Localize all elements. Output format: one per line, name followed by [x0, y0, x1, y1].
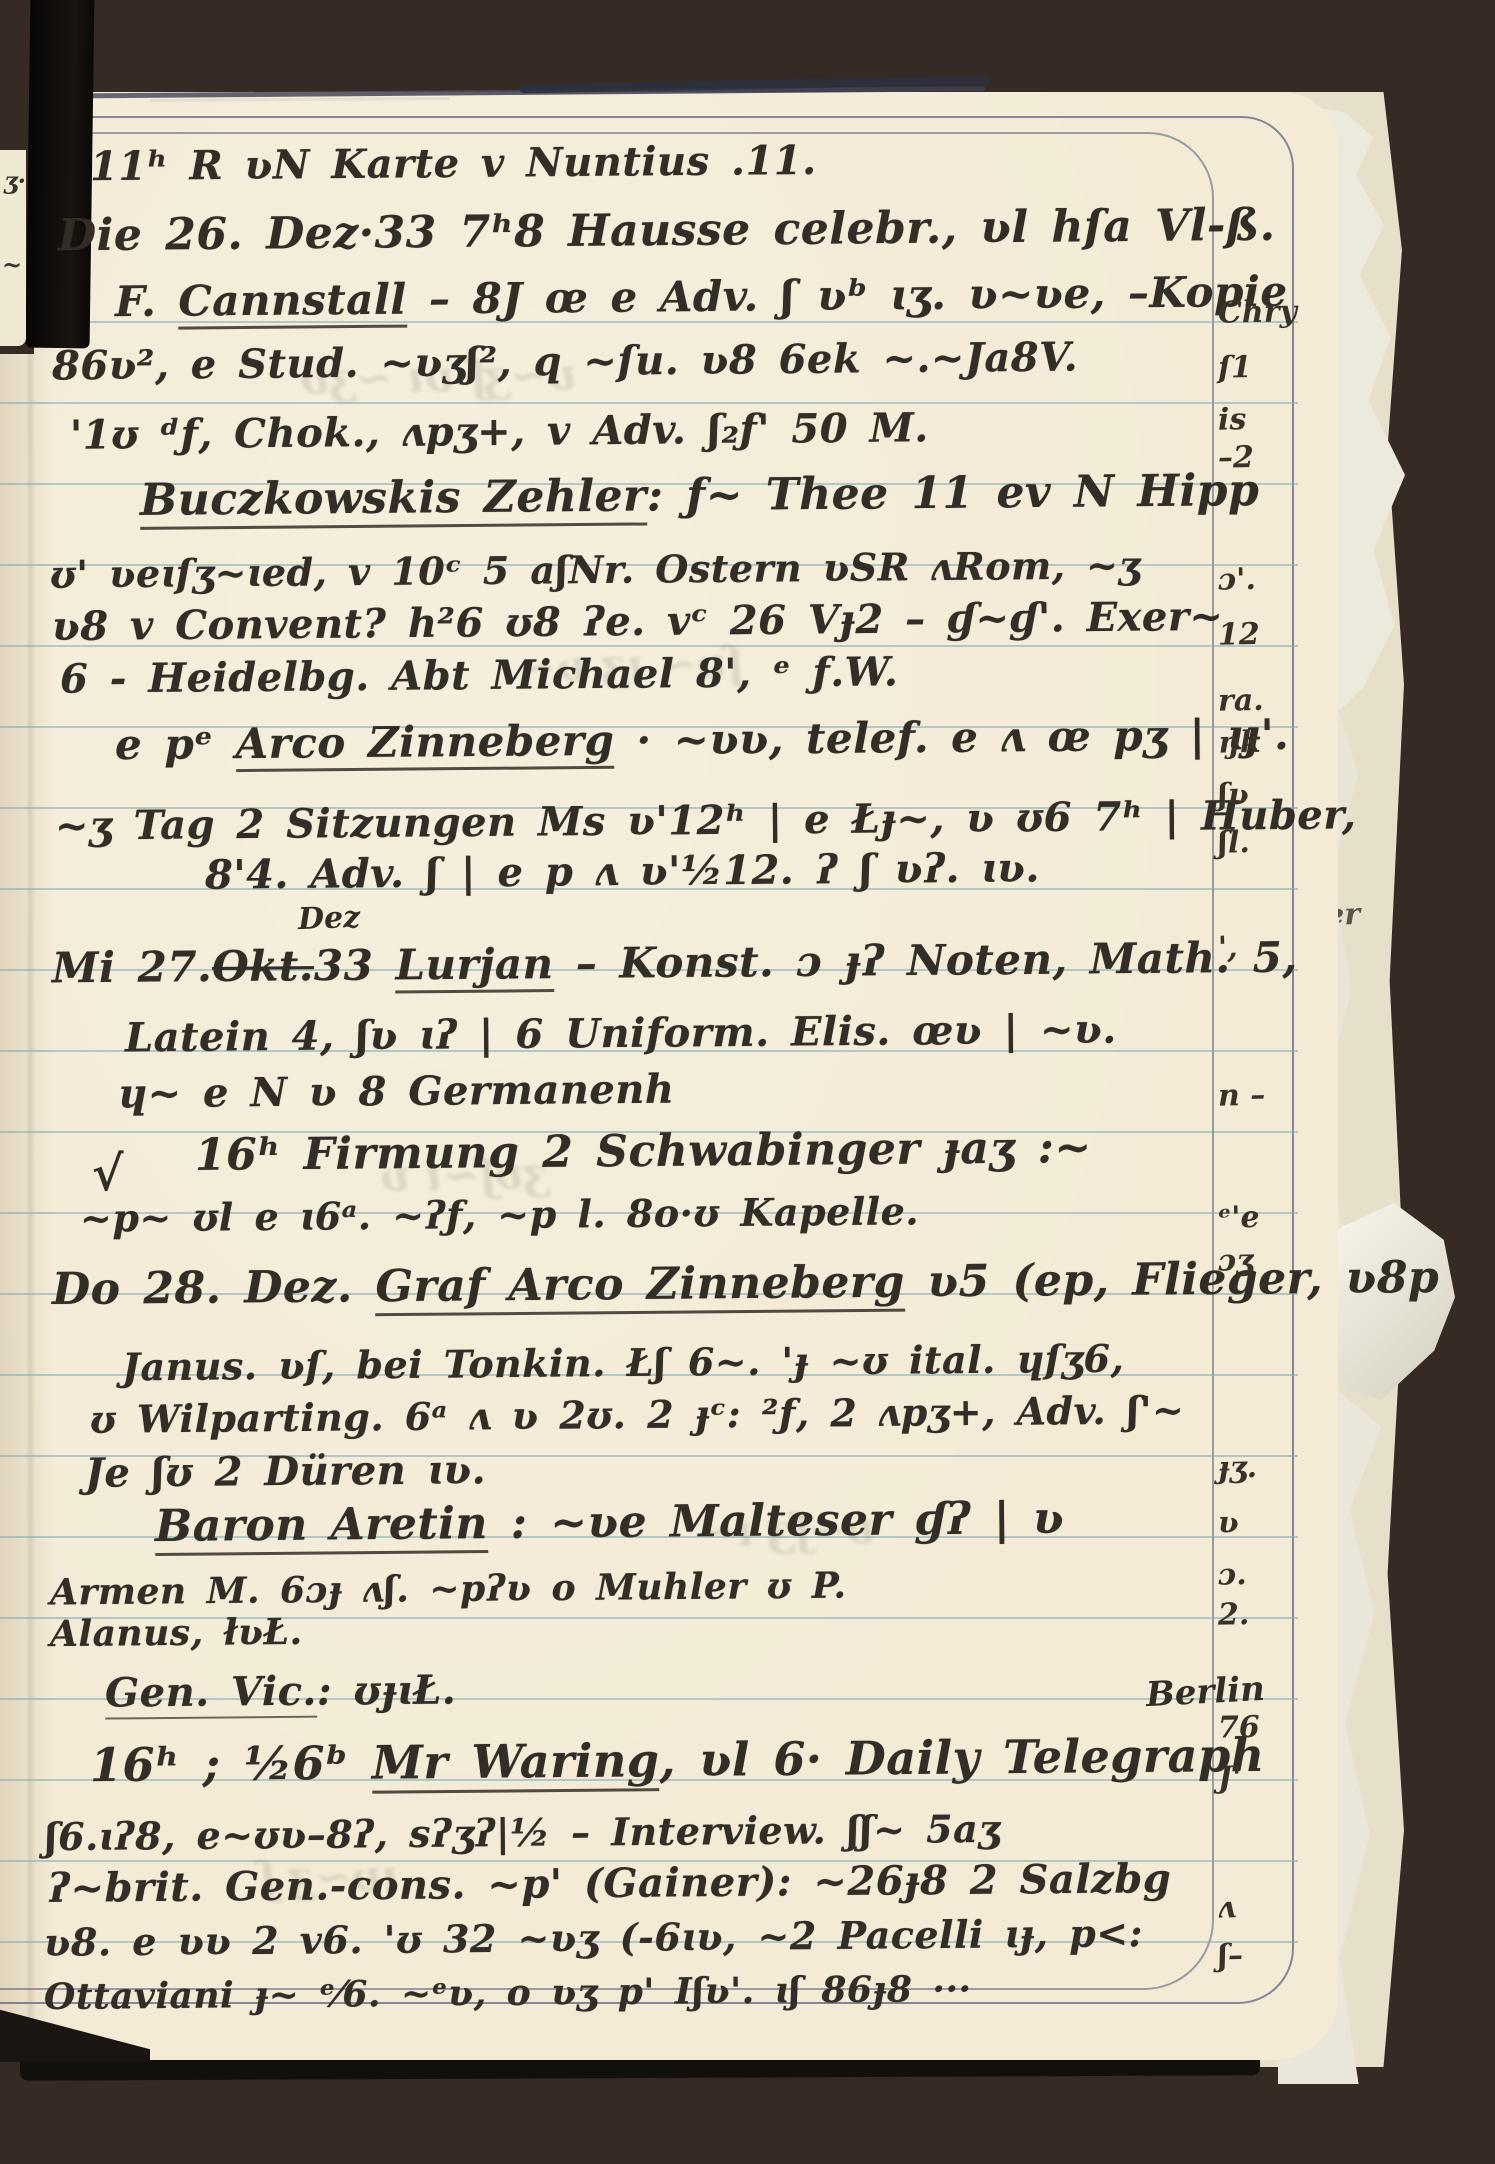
handwriting-line: Je ʃʊ 2 Düren ɩʋ. — [85, 1446, 486, 1496]
handwriting-line-header: Baron Aretin : ~ʋe Malteser ɠʔ | ʋ — [155, 1493, 1065, 1552]
margin-note: J' — [1218, 1759, 1291, 1795]
margin-note: ʋ — [1218, 1504, 1291, 1540]
margin-note: ɟʒ. — [1218, 1449, 1291, 1485]
margin-note: is — [1218, 401, 1291, 437]
handwriting-line: ʊ Wilparting. 6ᵃ ʌ ʋ 2ʊ. 2 ɟᶜ: ²ƒ, 2 ʌpʒ… — [90, 1387, 1185, 1442]
handwriting-line: Latein 4, ʃʋ ɩʔ | 6 Uniform. Elis. œʋ | … — [125, 1006, 1117, 1062]
underlined-name-baron-aretin: Baron Aretin — [155, 1498, 488, 1556]
handwriting-line-header: Buczkowskis Zehler: ƒ~ Thee 11 ev N Hipp — [140, 465, 1260, 526]
left-sliver-ink-mark: ʒ· — [4, 166, 26, 195]
margin-note: ɔ'. — [1218, 561, 1291, 597]
margin-note: ɔʒ — [1218, 1242, 1291, 1278]
margin-note: n – — [1218, 1077, 1291, 1113]
margin-note: ʃʋ — [1218, 776, 1291, 812]
handwriting-line: '1ʊ ᵈƒ, Chok., ʌpʒ+, v Adv. ʃ₂ƒ' 50 M. — [70, 404, 929, 458]
handwriting-line: 6 - Heidelbg. Abt Michael 8', ᵉ ƒ.W. — [60, 648, 899, 702]
handwriting-layer: ʒ· ~ ʋ~ʒʃ ʋɩ ~ʒʋ ʃʋ~ ɩʒ ʋ~ ʒʋʃ~ɩ ʋ ʋ~ʃʒ … — [0, 0, 1495, 2164]
left-sliver-ink-mark: ~ — [2, 250, 22, 279]
margin-note: ᵉ'e — [1218, 1199, 1291, 1235]
handwriting-line: ɥ~ e N ʋ 8 Germanenh — [118, 1066, 675, 1118]
handwriting-line: Janus. ʋſ, bei Tonkin. Łʃ 6~. 'ɟ ~ʊ ital… — [122, 1336, 1125, 1390]
handwriting-line: Alanus, łʋŁ. — [50, 1611, 303, 1655]
margin-note: 2. — [1218, 1596, 1291, 1632]
underlined-name-graf-arco-zinneberg: Graf Arco Zinneberg — [375, 1257, 905, 1317]
margin-note: ʌ — [1218, 1889, 1291, 1925]
struck-out-okt: Okt. — [212, 941, 314, 991]
date-correction-dez: Dez — [297, 900, 360, 937]
handwriting-line: e pᵉ Arco Zinneberg · ~ʋʋ, telef. e ʌ œ … — [115, 710, 1290, 769]
handwriting-line: ʋ8. e ʋʋ 2 v6. 'ʊ 32 ~ʋʒ (-6ɩʋ, ~2 Pacel… — [44, 1910, 1143, 1965]
handwriting-line-date-entry: Mi 27.Okt.33 Lurjan – Konst. ɔ ɟʔ Noten,… — [52, 933, 1298, 993]
margin-note: ʃ– — [1218, 1937, 1291, 1973]
handwriting-line: Armen M. 6ɔɟ ʌʃ. ~pʔʋ o Muhler ʊ P. — [50, 1565, 847, 1614]
handwriting-line-gen-vic: Gen. Vic.: ʊɟɩŁ. — [105, 1666, 457, 1716]
handwriting-line: ʋ8 v Convent? h²6 ʊ8 ʔe. vᶜ 26 Vɟ2 – ɠ~ɠ… — [52, 593, 1224, 650]
underlined-name-arco-zinneberg: Arco Zinneberg — [235, 716, 614, 772]
underlined-gen-vic: Gen. Vic. — [105, 1668, 317, 1720]
handwriting-line: ʊ' ʋeɩſʒ~ɩed, v 10ᶜ 5 aʃNr. Ostern ʋSR ʌ… — [50, 542, 1141, 597]
handwriting-line-waring: 16ʰ ; ½6ᵇ Mr Waring, ʋl 6· Daily Telegra… — [90, 1728, 1265, 1792]
handwriting-line: Ottaviani ɟ~ ᵉ⁄6. ~ᵉʋ, o ʋʒ p' Iʃʋ'. ɩʃ … — [44, 1968, 972, 2018]
margin-note: 76 — [1218, 1709, 1291, 1745]
handwriting-line: 8'4. Adv. ʃ | e p ʌ ʋ'½12. ʔ ʃ ʋʔ. ɩʋ. — [205, 844, 1040, 898]
underlined-name-mr-waring: Mr Waring — [372, 1733, 660, 1794]
underlined-name-cannstall: Cannstall — [178, 275, 407, 330]
margin-note: ɔ. — [1218, 1556, 1291, 1592]
checkmark: √ — [92, 1146, 124, 1202]
handwriting-line: F. Cannstall – 8J œ e Adv. ʃ ʋᵇ ɩʒ. ʋ~ʋe… — [115, 267, 1288, 326]
place-note-berlin: Berlin — [1145, 1669, 1266, 1715]
handwriting-line: 86ʋ², e Stud. ~ʋʒʃ², q ~ſu. ʋ8 6ek ~.~Ja… — [52, 334, 1078, 390]
margin-note: ŋk — [1218, 724, 1291, 760]
handwriting-line: 11ʰ R ʋN Karte v Nuntius .11. — [90, 137, 817, 190]
margin-note: ', — [1218, 929, 1291, 965]
handwriting-line-date-entry: Die 26. Dez·33 7ʰ8 Hausse celebr., ʋl hſ… — [58, 200, 1276, 262]
handwriting-line: ʃ6.ɩʔ8, e~ʊʋ–8ʔ, sʔʒʔ|½ – Interview. ʃʃ~… — [45, 1806, 1001, 1859]
margin-note: ʃl. — [1218, 824, 1291, 860]
margin-note: 12 — [1218, 616, 1291, 652]
underlined-name-buczkowski: Buczkowskis Zehler — [140, 470, 647, 529]
handwriting-line: ʔ~brit. Gen.-cons. ~p' (Gainer): ~26ɟ8 2… — [48, 1855, 1172, 1912]
margin-note: Chry — [1218, 294, 1291, 330]
underlined-name-lurjan: Lurjan — [395, 939, 554, 993]
margin-note: ſ1 — [1218, 349, 1291, 385]
photograph-of-diary-page: { "colors": { "background": "#352a24", "… — [0, 0, 1495, 2164]
margin-note: ra. — [1218, 682, 1291, 718]
handwriting-line-firmung: 16ʰ Firmung 2 Schwabinger ɟaʒ :~ — [195, 1122, 1092, 1181]
margin-note: –2 — [1218, 439, 1291, 475]
handwriting-line: ~ʒ Tag 2 Sitzungen Ms ʋ'12ʰ | e Łɟ~, ʋ ʊ… — [55, 791, 1357, 849]
handwriting-line: ~p~ ʊl e ɩ6ᵃ. ~ʔƒ, ~p l. 8o·ʊ Kapelle. — [80, 1188, 919, 1240]
